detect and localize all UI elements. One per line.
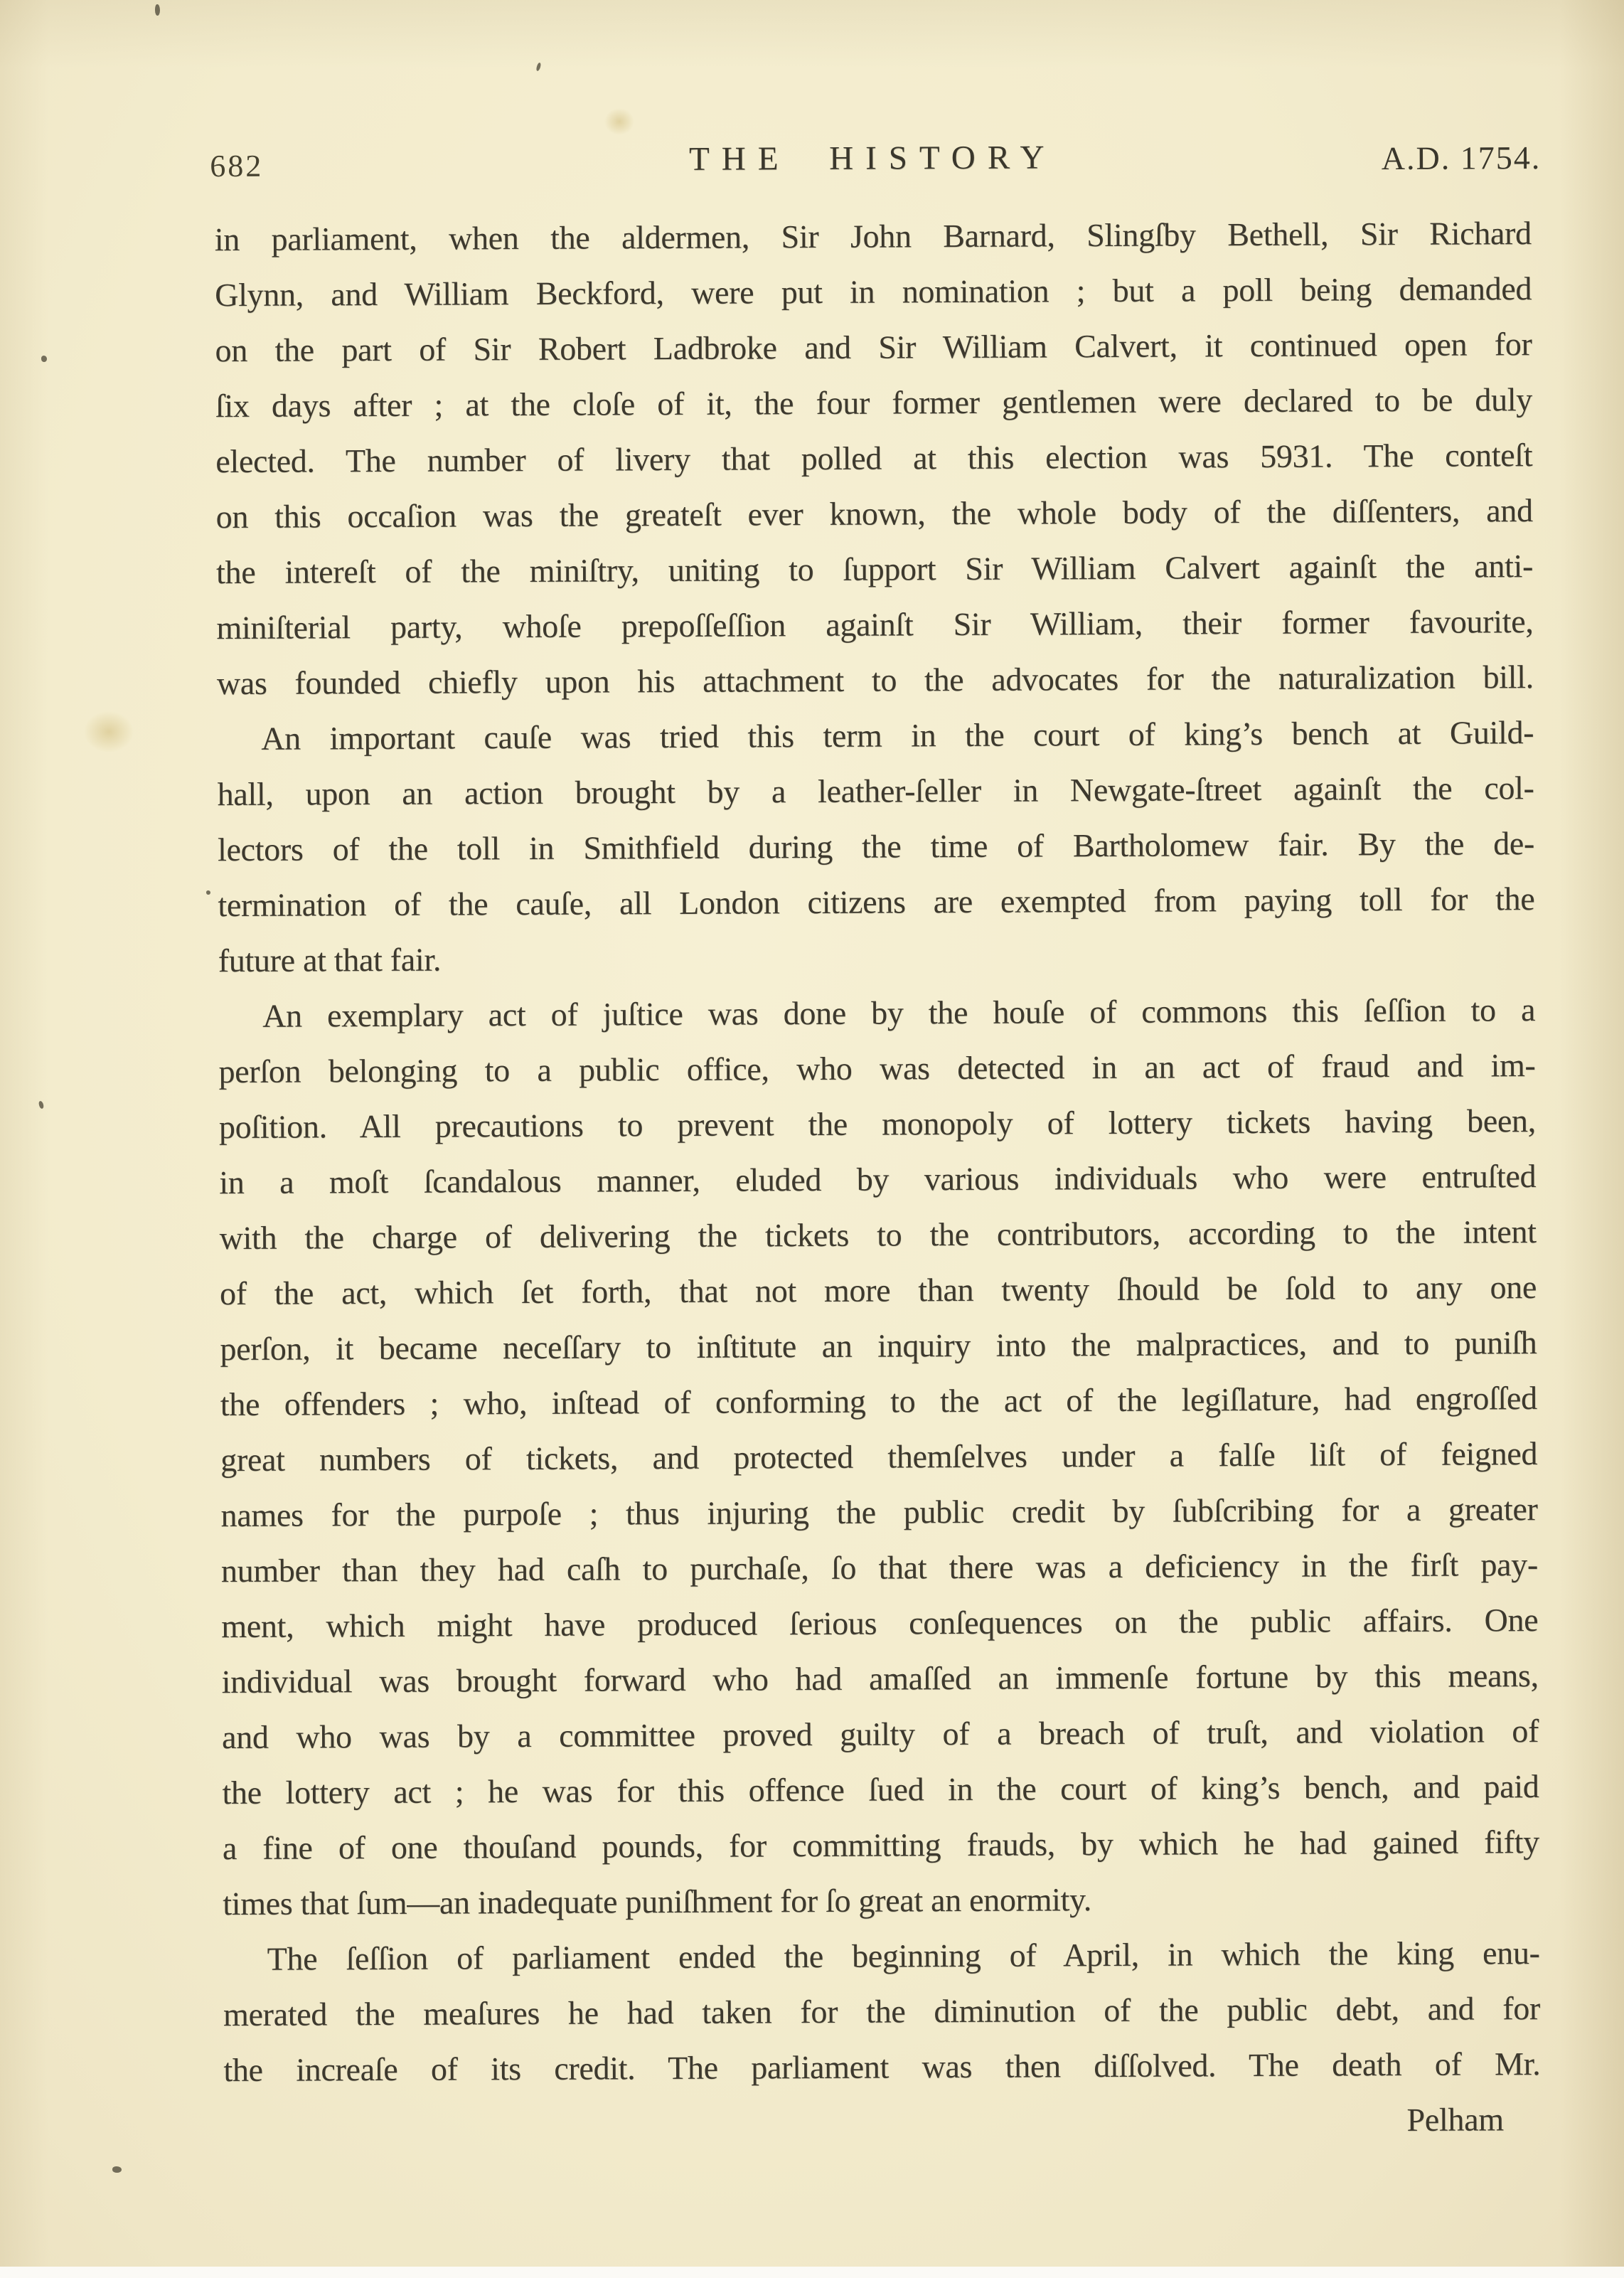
text-line: and who was by a committee proved guilty… [222, 1703, 1539, 1765]
text-line: miniſterial party, whoſe prepoſſeſſion a… [216, 594, 1533, 656]
text-line: ſix days after ; at the cloſe of it, the… [215, 372, 1532, 434]
scanned-page: 682 THE HISTORY A.D. 1754. in parliament… [0, 0, 1624, 2278]
text-line: was founded chiefly upon his attachment … [217, 649, 1534, 711]
lines-container: in parliament, when the aldermen, Sir Jo… [215, 206, 1541, 2098]
text-line: with the charge of delivering the ticket… [219, 1204, 1536, 1266]
text-line: times that ſum—an inadequate puniſhment … [223, 1870, 1539, 1932]
text-line: lectors of the toll in Smithfield during… [218, 816, 1534, 878]
text-line: number than they had caſh to purchaſe, ſ… [221, 1537, 1538, 1599]
text-line: in parliament, when the aldermen, Sir Jo… [215, 206, 1532, 267]
text-line: merated the meaſures he had taken for th… [223, 1981, 1540, 2043]
text-line: future at that fair. [218, 927, 1535, 989]
text-line: hall, upon an action brought by a leathe… [217, 760, 1534, 822]
text-line: a fine of one thouſand pounds, for commi… [223, 1814, 1539, 1876]
text-line: on this occaſion was the greateſt ever k… [216, 483, 1533, 545]
text-line: perſon, it became neceſſary to inſtitute… [220, 1315, 1537, 1377]
text-line: Glynn, and William Beckford, were put in… [215, 261, 1532, 323]
text-line: the offenders ; who, inſtead of conformi… [220, 1370, 1537, 1432]
text-block: in parliament, when the aldermen, Sir Jo… [215, 206, 1541, 2154]
running-header: 682 THE HISTORY A.D. 1754. [214, 132, 1531, 181]
text-line: the intereſt of the miniſtry, uniting to… [216, 538, 1533, 600]
text-line: perſon belonging to a public office, who… [218, 1038, 1535, 1100]
text-line: on the part of Sir Robert Ladbroke and S… [215, 316, 1532, 378]
text-line: individual was brought forward who had a… [222, 1648, 1539, 1710]
edition-date: A.D. 1754. [1382, 139, 1542, 177]
text-line: ment, which might have produced ſerious … [221, 1592, 1538, 1654]
text-line: the lottery act ; he was for this offenc… [222, 1759, 1539, 1821]
running-title: THE HISTORY [214, 136, 1531, 181]
text-line: of the act, which ſet forth, that not mo… [220, 1260, 1537, 1321]
text-line: termination of the cauſe, all London cit… [218, 871, 1534, 933]
text-line: An exemplary act of juſtice was done by … [218, 982, 1535, 1044]
scan-edge-strip [0, 2267, 1624, 2278]
catchword: Pelham [224, 2092, 1541, 2154]
text-line: in a moſt ſcandalous manner, eluded by v… [219, 1149, 1536, 1210]
text-line: poſition. All precautions to prevent the… [219, 1093, 1536, 1155]
text-line: An important cauſe was tried this term i… [217, 705, 1534, 767]
text-line: names for the purpoſe ; thus injuring th… [220, 1481, 1537, 1543]
text-line: the increaſe of its credit. The parliame… [223, 2036, 1540, 2098]
text-line: great numbers of tickets, and protected … [220, 1426, 1537, 1488]
text-line: elected. The number of livery that polle… [215, 427, 1532, 489]
text-line: The ſeſſion of parliament ended the begi… [223, 1925, 1539, 1987]
